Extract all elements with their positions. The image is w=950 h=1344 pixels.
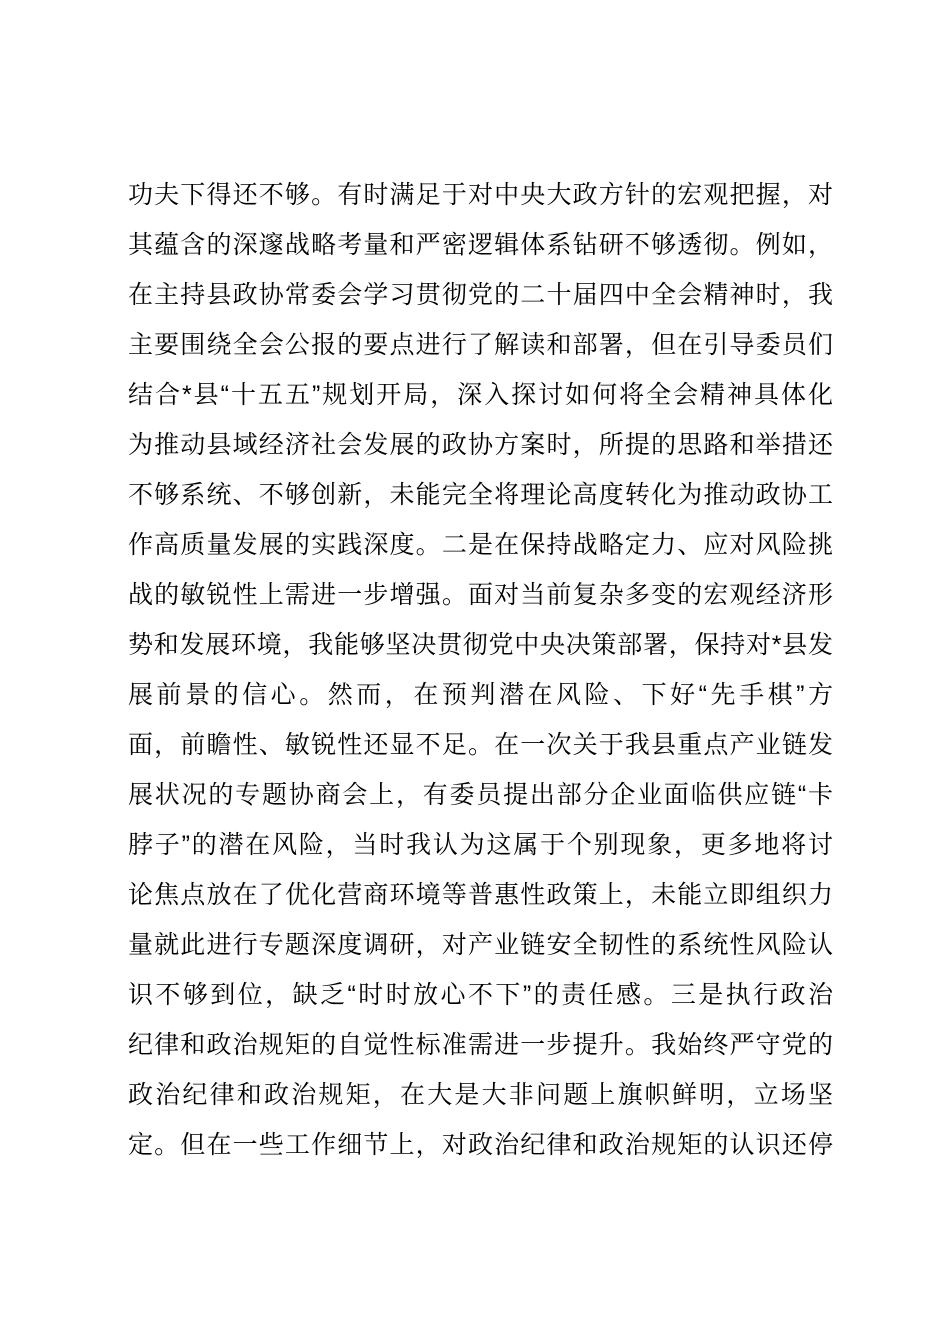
text-line: 不够系统、不够创新，未能完全将理论高度转化为推动政协工 — [128, 470, 833, 520]
text-line: 展前景的信心。然而，在预判潜在风险、下好“先手棋”方 — [128, 670, 833, 720]
text-line: 政治纪律和政治规矩，在大是大非问题上旗帜鲜明，立场坚 — [128, 1070, 833, 1120]
text-line: 量就此进行专题深度调研，对产业链安全韧性的系统性风险认 — [128, 920, 833, 970]
text-line: 在主持县政协常委会学习贯彻党的二十届四中全会精神时，我 — [128, 270, 833, 320]
text-line: 战的敏锐性上需进一步增强。面对当前复杂多变的宏观经济形 — [128, 570, 833, 620]
text-line: 识不够到位，缺乏“时时放心不下”的责任感。三是执行政治 — [128, 970, 833, 1020]
text-line: 脖子”的潜在风险，当时我认为这属于个别现象，更多地将讨 — [128, 820, 833, 870]
text-line: 作高质量发展的实践深度。二是在保持战略定力、应对风险挑 — [128, 520, 833, 570]
text-line: 其蕴含的深邃战略考量和严密逻辑体系钻研不够透彻。例如， — [128, 220, 833, 270]
document-page: 功夫下得还不够。有时满足于对中央大政方针的宏观把握，对 其蕴含的深邃战略考量和严… — [0, 0, 950, 1344]
text-line: 论焦点放在了优化营商环境等普惠性政策上，未能立即组织力 — [128, 870, 833, 920]
text-line: 功夫下得还不够。有时满足于对中央大政方针的宏观把握，对 — [128, 170, 833, 220]
text-line: 势和发展环境，我能够坚决贯彻党中央决策部署，保持对*县发 — [128, 620, 833, 670]
text-line: 主要围绕全会公报的要点进行了解读和部署，但在引导委员们 — [128, 320, 833, 370]
text-line: 纪律和政治规矩的自觉性标准需进一步提升。我始终严守党的 — [128, 1020, 833, 1070]
paragraph-text-block: 功夫下得还不够。有时满足于对中央大政方针的宏观把握，对 其蕴含的深邃战略考量和严… — [128, 170, 833, 1170]
text-line: 面，前瞻性、敏锐性还显不足。在一次关于我县重点产业链发 — [128, 720, 833, 770]
text-line: 为推动县域经济社会发展的政协方案时，所提的思路和举措还 — [128, 420, 833, 470]
text-line: 定。但在一些工作细节上，对政治纪律和政治规矩的认识还停 — [128, 1120, 833, 1170]
text-line: 结合*县“十五五”规划开局，深入探讨如何将全会精神具体化 — [128, 370, 833, 420]
text-line: 展状况的专题协商会上，有委员提出部分企业面临供应链“卡 — [128, 770, 833, 820]
